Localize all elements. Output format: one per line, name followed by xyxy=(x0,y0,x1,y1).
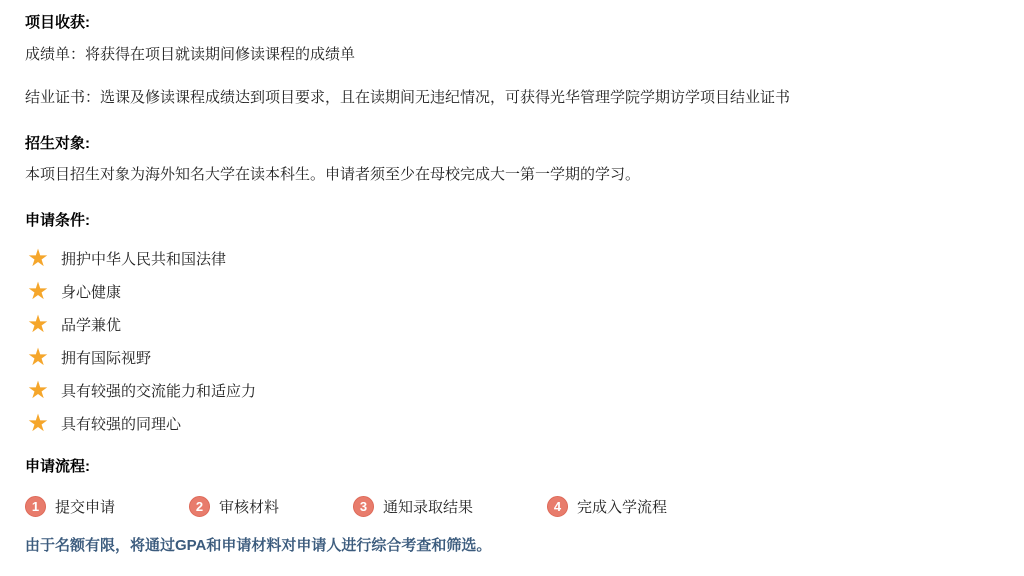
section-admission-target: 招生对象: 本项目招生对象为海外知名大学在读本科生。申请者须至少在母校完成大一第… xyxy=(25,135,999,185)
requirement-label: 品学兼优 xyxy=(61,314,121,335)
document-page: 项目收获: 成绩单：将获得在项目就读期间修读课程的成绩单 结业证书：选课及修读课… xyxy=(0,0,1024,576)
process-heading: 申请流程: xyxy=(25,458,999,476)
requirement-label: 具有较强的同理心 xyxy=(61,413,181,434)
list-item: ★ 拥有国际视野 xyxy=(25,341,999,374)
step-number-badge: 1 xyxy=(25,496,46,517)
requirement-label: 拥有国际视野 xyxy=(61,347,151,368)
step-label: 审核材料 xyxy=(219,496,279,517)
gains-line-certificate: 结业证书：选课及修读课程成绩达到项目要求，且在读期间无违纪情况，可获得光华管理学… xyxy=(25,88,999,108)
step-number-badge: 3 xyxy=(353,496,374,517)
star-icon: ★ xyxy=(25,412,51,436)
requirement-label: 具有较强的交流能力和适应力 xyxy=(61,380,256,401)
list-item: ★ 身心健康 xyxy=(25,275,999,308)
admission-heading: 招生对象: xyxy=(25,135,999,153)
process-step-submit: 1 提交申请 xyxy=(25,496,115,517)
process-step-enroll: 4 完成入学流程 xyxy=(547,496,667,517)
step-label: 通知录取结果 xyxy=(383,496,473,517)
step-number-badge: 4 xyxy=(547,496,568,517)
step-label: 提交申请 xyxy=(55,496,115,517)
section-application-requirements: 申请条件: ★ 拥护中华人民共和国法律 ★ 身心健康 ★ 品学兼优 ★ 拥有国际… xyxy=(25,212,999,440)
admission-body: 本项目招生对象为海外知名大学在读本科生。申请者须至少在母校完成大一第一学期的学习… xyxy=(25,165,999,185)
star-icon: ★ xyxy=(25,346,51,370)
gains-line-transcript: 成绩单：将获得在项目就读期间修读课程的成绩单 xyxy=(25,45,999,65)
gains-heading: 项目收获: xyxy=(25,14,999,32)
requirements-list: ★ 拥护中华人民共和国法律 ★ 身心健康 ★ 品学兼优 ★ 拥有国际视野 ★ 具… xyxy=(25,242,999,440)
list-item: ★ 拥护中华人民共和国法律 xyxy=(25,242,999,275)
section-application-process: 申请流程: 1 提交申请 2 审核材料 3 通知录取结果 4 完成入学流程 由于… xyxy=(25,458,999,556)
section-program-gains: 项目收获: 成绩单：将获得在项目就读期间修读课程的成绩单 结业证书：选课及修读课… xyxy=(25,14,999,108)
process-steps-row: 1 提交申请 2 审核材料 3 通知录取结果 4 完成入学流程 xyxy=(25,496,999,517)
step-label: 完成入学流程 xyxy=(577,496,667,517)
requirement-label: 身心健康 xyxy=(61,281,121,302)
list-item: ★ 具有较强的交流能力和适应力 xyxy=(25,374,999,407)
list-item: ★ 品学兼优 xyxy=(25,308,999,341)
star-icon: ★ xyxy=(25,313,51,337)
requirement-label: 拥护中华人民共和国法律 xyxy=(61,248,226,269)
requirements-heading: 申请条件: xyxy=(25,212,999,230)
process-step-notify: 3 通知录取结果 xyxy=(353,496,473,517)
star-icon: ★ xyxy=(25,247,51,271)
step-number-badge: 2 xyxy=(189,496,210,517)
selection-note: 由于名额有限，将通过GPA和申请材料对申请人进行综合考查和筛选。 xyxy=(25,536,999,556)
star-icon: ★ xyxy=(25,280,51,304)
process-step-review: 2 审核材料 xyxy=(189,496,279,517)
list-item: ★ 具有较强的同理心 xyxy=(25,407,999,440)
star-icon: ★ xyxy=(25,379,51,403)
